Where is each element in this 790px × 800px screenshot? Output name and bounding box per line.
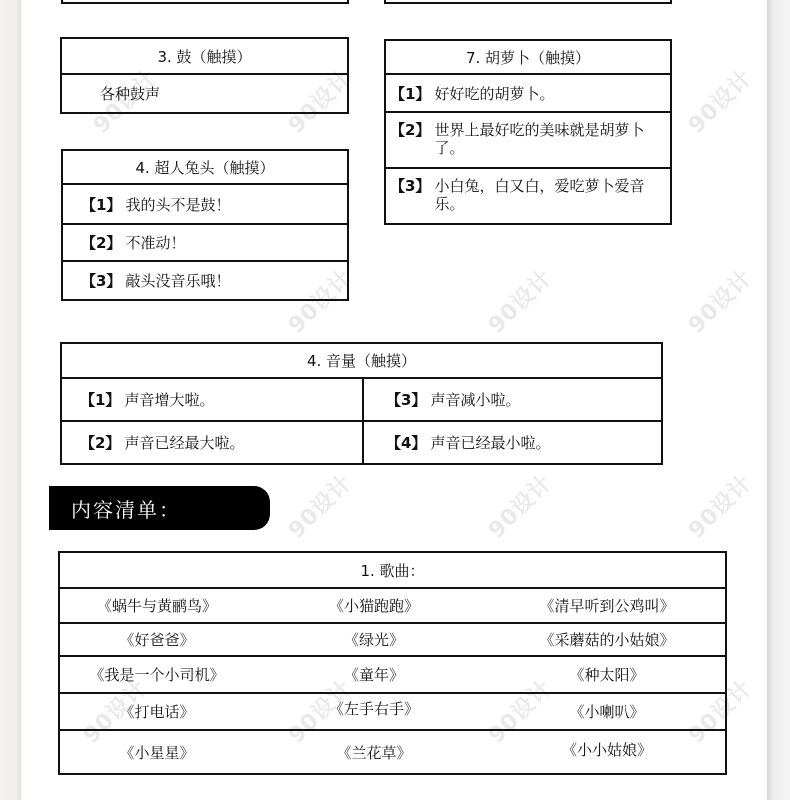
songs-table-title-text: 1. 歌曲： <box>360 560 424 581</box>
rabbit-head-item-2: 【2】 不准动！ <box>63 223 347 260</box>
previous-box-left-bottom <box>61 0 349 4</box>
volume-box-title: 4. 音量（触摸） <box>62 344 661 377</box>
song-title: 《采蘑菇的小姑娘》 <box>539 629 674 650</box>
song-title: 《蜗牛与黄鹂鸟》 <box>97 595 217 616</box>
carrot-item-1: 【1】 好好吃的胡萝卜。 <box>386 73 670 111</box>
item-number: 【2】 <box>81 232 121 253</box>
item-number: 【3】 <box>81 270 121 291</box>
carrot-box-title: 7. 胡萝卜（触摸） <box>386 41 670 73</box>
carrot-box-title-text: 7. 胡萝卜（触摸） <box>466 47 590 68</box>
songs-row-1: 《蜗牛与黄鹂鸟》 《小猫跑跑》 《清早听到公鸡叫》 <box>60 587 725 622</box>
watermark: 90设计 <box>481 262 559 340</box>
song-title: 《清早听到公鸡叫》 <box>539 595 674 616</box>
song-title: 《我是一个小司机》 <box>89 664 224 685</box>
item-text: 敲头没音乐哦！ <box>125 270 230 291</box>
song-title: 《好爸爸》 <box>119 629 194 650</box>
item-number: 【2】 <box>80 432 120 453</box>
song-title: 《打电话》 <box>119 701 194 722</box>
item-number: 【1】 <box>390 83 430 104</box>
left-page-margin <box>0 0 21 800</box>
item-text: 声音减小啦。 <box>430 389 520 410</box>
volume-item-1: 【1】 声音增大啦。 <box>80 379 214 420</box>
songs-table-title: 1. 歌曲： <box>60 553 725 587</box>
volume-item-2: 【2】 声音已经最大啦。 <box>80 422 244 463</box>
carrot-item-2: 【2】 世界上最好吃的美味就是胡萝卜了。 <box>386 111 670 167</box>
rabbit-head-box: 4. 超人兔头（触摸） 【1】 我的头不是鼓！ 【2】 不准动！ 【3】 敲头没… <box>61 149 349 301</box>
watermark: 90设计 <box>681 62 759 140</box>
carrot-item-3: 【3】 小白兔，白又白，爱吃萝卜爱音乐。 <box>386 167 670 223</box>
item-number: 【3】 <box>386 389 426 410</box>
item-text: 不准动！ <box>125 232 185 253</box>
drum-box-content-text: 各种鼓声 <box>100 83 160 104</box>
drum-box-content: 各种鼓声 <box>62 73 347 112</box>
song-title: 《小猫跑跑》 <box>329 595 419 616</box>
song-title: 《小喇叭》 <box>569 701 644 722</box>
songs-row-4: 《打电话》 《左手右手》 《小喇叭》 <box>60 692 725 729</box>
item-text: 小白兔，白又白，爱吃萝卜爱音乐。 <box>434 177 654 213</box>
watermark: 90设计 <box>681 467 759 545</box>
item-number: 【3】 <box>390 177 430 195</box>
item-number: 【2】 <box>390 121 430 139</box>
volume-box-title-text: 4. 音量（触摸） <box>307 350 416 371</box>
item-text: 我的头不是鼓！ <box>125 194 230 215</box>
item-number: 【1】 <box>81 194 121 215</box>
drum-box-title-text: 3. 鼓（触摸） <box>157 46 251 67</box>
drum-box-title: 3. 鼓（触摸） <box>62 39 347 73</box>
songs-table: 1. 歌曲： 《蜗牛与黄鹂鸟》 《小猫跑跑》 《清早听到公鸡叫》 《好爸爸》 《… <box>58 551 727 775</box>
item-number: 【1】 <box>80 389 120 410</box>
song-title: 《种太阳》 <box>569 664 644 685</box>
item-text: 声音已经最大啦。 <box>124 432 244 453</box>
volume-column-divider <box>362 377 364 463</box>
song-title: 《绿光》 <box>344 629 404 650</box>
carrot-box: 7. 胡萝卜（触摸） 【1】 好好吃的胡萝卜。 【2】 世界上最好吃的美味就是胡… <box>384 39 672 225</box>
songs-row-2: 《好爸爸》 《绿光》 《采蘑菇的小姑娘》 <box>60 622 725 655</box>
previous-box-right-bottom <box>384 0 672 4</box>
song-title: 《兰花草》 <box>336 742 411 763</box>
volume-box: 4. 音量（触摸） 【1】 声音增大啦。 【2】 声音已经最大啦。 【3】 声音… <box>60 342 663 465</box>
content-list-banner: 内容清单： <box>49 486 270 530</box>
rabbit-head-item-1: 【1】 我的头不是鼓！ <box>63 183 347 223</box>
item-text: 声音增大啦。 <box>124 389 214 410</box>
watermark: 90设计 <box>281 467 359 545</box>
item-text: 声音已经最小啦。 <box>430 432 550 453</box>
item-text: 好好吃的胡萝卜。 <box>434 83 554 104</box>
drum-box: 3. 鼓（触摸） 各种鼓声 <box>60 37 349 114</box>
song-title: 《小星星》 <box>119 742 194 763</box>
song-title: 《左手右手》 <box>329 698 419 719</box>
item-number: 【4】 <box>386 432 426 453</box>
rabbit-head-box-title: 4. 超人兔头（触摸） <box>63 151 347 183</box>
volume-item-4: 【4】 声音已经最小啦。 <box>386 422 550 463</box>
watermark: 90设计 <box>481 467 559 545</box>
watermark: 90设计 <box>681 262 759 340</box>
songs-row-3: 《我是一个小司机》 《童年》 《种太阳》 <box>60 655 725 692</box>
volume-item-3: 【3】 声音减小啦。 <box>386 379 520 420</box>
rabbit-head-item-3: 【3】 敲头没音乐哦！ <box>63 260 347 299</box>
content-list-banner-label: 内容清单： <box>71 494 181 523</box>
songs-row-5: 《小星星》 《兰花草》 《小小姑娘》 <box>60 729 725 773</box>
song-title: 《童年》 <box>344 664 404 685</box>
song-title: 《小小姑娘》 <box>562 739 652 760</box>
right-page-margin <box>767 0 790 800</box>
item-text: 世界上最好吃的美味就是胡萝卜了。 <box>434 121 654 157</box>
rabbit-head-box-title-text: 4. 超人兔头（触摸） <box>135 157 274 178</box>
